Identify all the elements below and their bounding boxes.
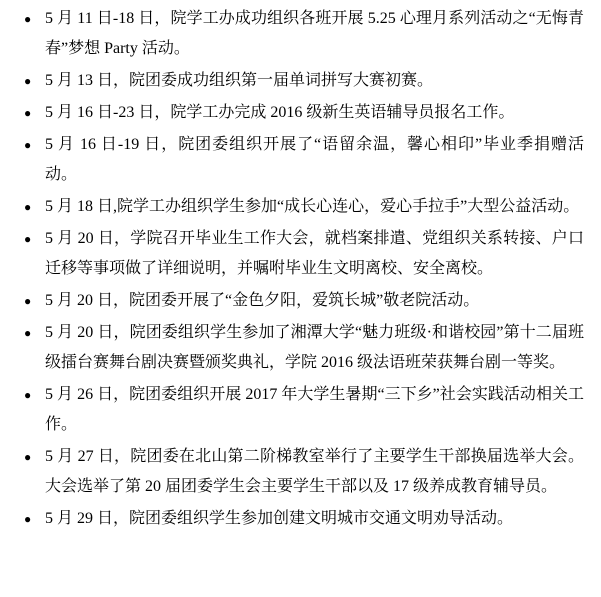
bullet-icon: ● xyxy=(24,130,45,160)
bullet-icon: ● xyxy=(24,286,45,316)
list-item-text: 5 月 13 日，院团委成功组织第一届单词拼写大赛初赛。 xyxy=(45,66,584,96)
list-item-text: 5 月 16 日-19 日，院团委组织开展了“语留余温，馨心相印”毕业季捐赠活动… xyxy=(45,130,584,190)
list-item: ● 5 月 18 日,院学工办组织学生参加“成长心连心，爱心手拉手”大型公益活动… xyxy=(24,192,584,222)
list-item: ● 5 月 20 日，院团委开展了“金色夕阳，爱筑长城”敬老院活动。 xyxy=(24,286,584,316)
bullet-icon: ● xyxy=(24,66,45,96)
document-page: ● 5 月 11 日-18 日，院学工办成功组织各班开展 5.25 心理月系列活… xyxy=(0,0,601,597)
list-item-text: 5 月 20 日，学院召开毕业生工作大会，就档案排遣、党组织关系转接、户口迁移等… xyxy=(45,224,584,284)
list-item-text: 5 月 16 日-23 日，院学工办完成 2016 级新生英语辅导员报名工作。 xyxy=(45,98,584,128)
bullet-icon: ● xyxy=(24,4,45,34)
list-item: ● 5 月 26 日，院团委组织开展 2017 年大学生暑期“三下乡”社会实践活… xyxy=(24,380,584,440)
list-item-text: 5 月 11 日-18 日，院学工办成功组织各班开展 5.25 心理月系列活动之… xyxy=(45,4,584,64)
list-item: ● 5 月 29 日，院团委组织学生参加创建文明城市交通文明劝导活动。 xyxy=(24,504,584,534)
list-item: ● 5 月 16 日-23 日，院学工办完成 2016 级新生英语辅导员报名工作… xyxy=(24,98,584,128)
list-item: ● 5 月 16 日-19 日，院团委组织开展了“语留余温，馨心相印”毕业季捐赠… xyxy=(24,130,584,190)
list-item-text: 5 月 20 日，院团委开展了“金色夕阳，爱筑长城”敬老院活动。 xyxy=(45,286,584,316)
bullet-icon: ● xyxy=(24,192,45,222)
list-item: ● 5 月 27 日，院团委在北山第二阶梯教室举行了主要学生干部换届选举大会。大… xyxy=(24,442,584,502)
bullet-icon: ● xyxy=(24,318,45,348)
list-item-text: 5 月 27 日，院团委在北山第二阶梯教室举行了主要学生干部换届选举大会。大会选… xyxy=(45,442,584,502)
bullet-list: ● 5 月 11 日-18 日，院学工办成功组织各班开展 5.25 心理月系列活… xyxy=(24,4,584,534)
bullet-icon: ● xyxy=(24,224,45,254)
list-item: ● 5 月 11 日-18 日，院学工办成功组织各班开展 5.25 心理月系列活… xyxy=(24,4,584,64)
list-item: ● 5 月 13 日，院团委成功组织第一届单词拼写大赛初赛。 xyxy=(24,66,584,96)
bullet-icon: ● xyxy=(24,442,45,472)
list-item: ● 5 月 20 日，学院召开毕业生工作大会，就档案排遣、党组织关系转接、户口迁… xyxy=(24,224,584,284)
list-item-text: 5 月 29 日，院团委组织学生参加创建文明城市交通文明劝导活动。 xyxy=(45,504,584,534)
list-item-text: 5 月 26 日，院团委组织开展 2017 年大学生暑期“三下乡”社会实践活动相… xyxy=(45,380,584,440)
list-item-text: 5 月 18 日,院学工办组织学生参加“成长心连心，爱心手拉手”大型公益活动。 xyxy=(45,192,584,222)
list-item: ● 5 月 20 日，院团委组织学生参加了湘潭大学“魅力班级·和谐校园”第十二届… xyxy=(24,318,584,378)
list-item-text: 5 月 20 日，院团委组织学生参加了湘潭大学“魅力班级·和谐校园”第十二届班级… xyxy=(45,318,584,378)
bullet-icon: ● xyxy=(24,380,45,410)
bullet-icon: ● xyxy=(24,504,45,534)
bullet-icon: ● xyxy=(24,98,45,128)
